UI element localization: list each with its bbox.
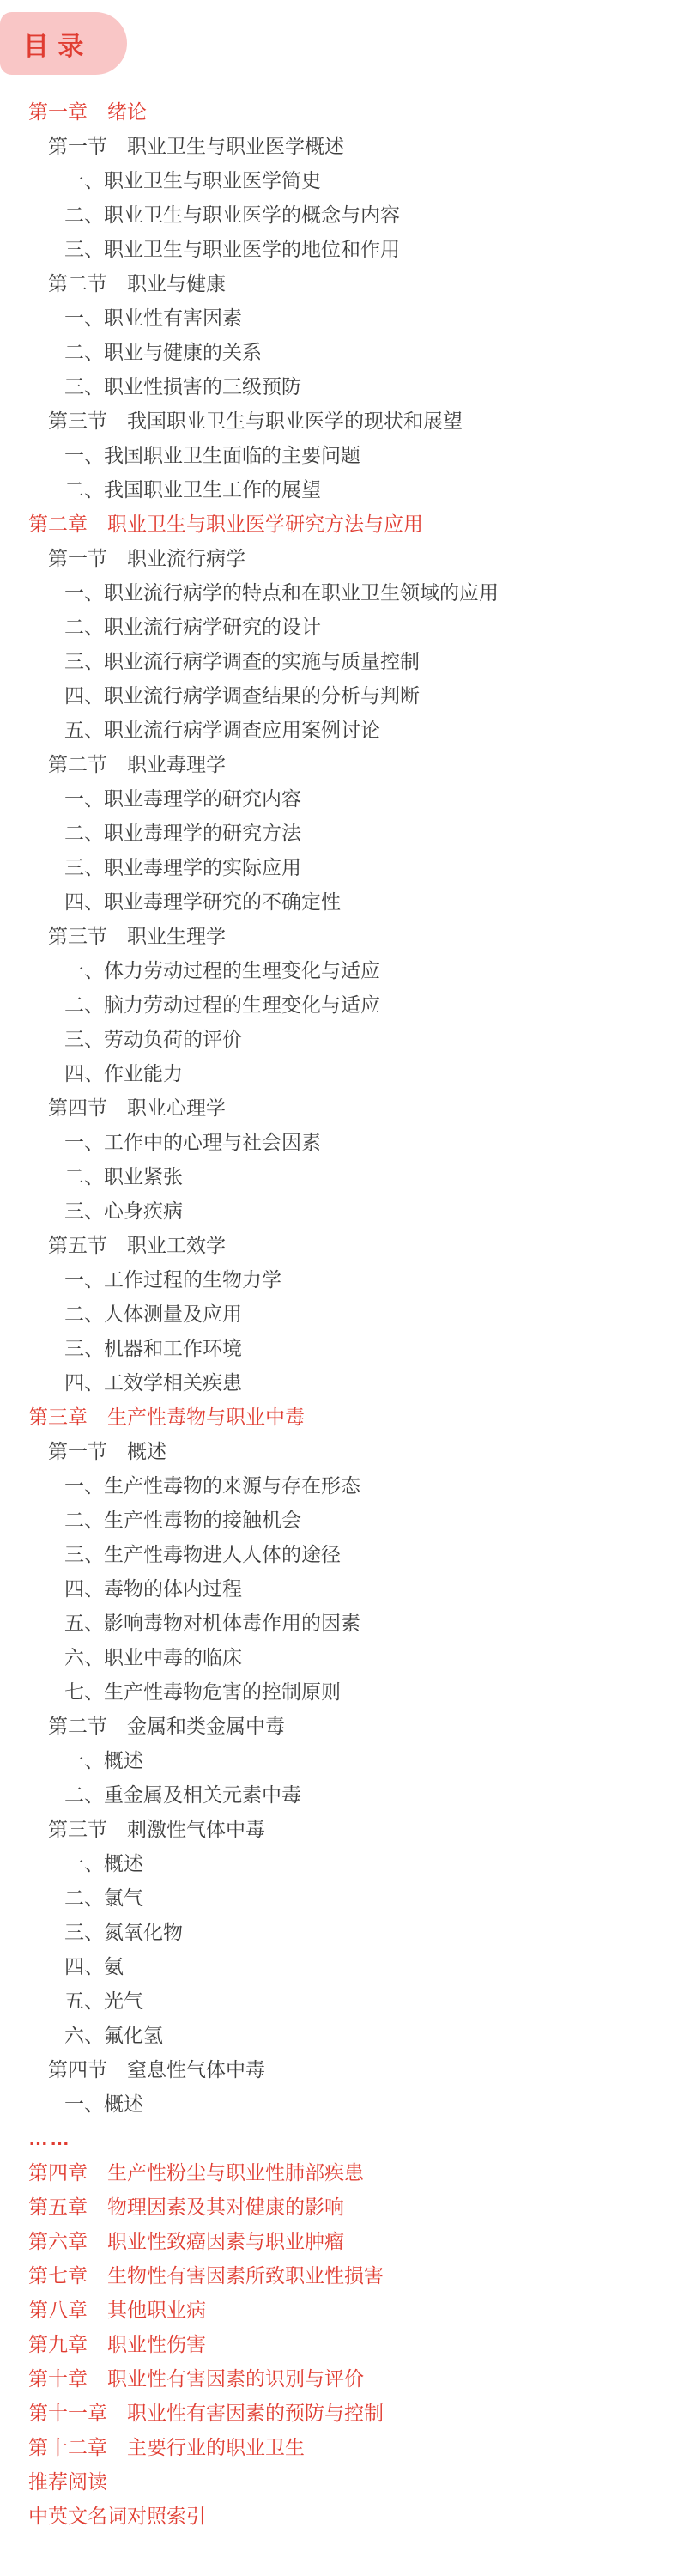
toc-section-entry: 第四节 窒息性气体中毒 [0,2052,678,2087]
toc-chapter-entry: 第三章 生产性毒物与职业中毒 [0,1400,678,1434]
toc-item-entry: 二、重金属及相关元素中毒 [0,1777,678,1812]
toc-section-entry: 第四节 职业心理学 [0,1091,678,1125]
toc-item-entry: 二、职业流行病学研究的设计 [0,610,678,644]
toc-item-entry: 一、概述 [0,2087,678,2121]
toc-item-entry: 一、工作过程的生物力学 [0,1262,678,1297]
toc-ellipsis: …… [0,2121,678,2155]
toc-backmatter-entry: 中英文名词对照索引 [0,2499,678,2533]
toc-chapter-entry: 第十章 职业性有害因素的识别与评价 [0,2361,678,2396]
toc-chapter-entry: 第九章 职业性伤害 [0,2327,678,2361]
toc-section-entry: 第三节 我国职业卫生与职业医学的现状和展望 [0,404,678,438]
toc-section-entry: 第二节 职业毒理学 [0,747,678,781]
toc-item-entry: 二、脑力劳动过程的生理变化与适应 [0,987,678,1022]
toc-item-entry: 二、职业与健康的关系 [0,335,678,369]
toc-section-entry: 第三节 职业生理学 [0,919,678,953]
toc-page: 目 录 第一章 绪论第一节 职业卫生与职业医学概述一、职业卫生与职业医学简史二、… [0,0,678,2576]
toc-item-entry: 三、职业毒理学的实际应用 [0,850,678,884]
toc-chapter-entry: 第七章 生物性有害因素所致职业性损害 [0,2258,678,2293]
toc-chapter-entry: 第五章 物理因素及其对健康的影响 [0,2190,678,2224]
toc-title: 目 录 [23,25,84,63]
toc-item-entry: 一、概述 [0,1846,678,1880]
toc-section-entry: 第二节 金属和类金属中毒 [0,1709,678,1743]
toc-item-entry: 一、职业毒理学的研究内容 [0,781,678,816]
toc-item-entry: 二、人体测量及应用 [0,1297,678,1331]
toc-item-entry: 三、劳动负荷的评价 [0,1022,678,1056]
toc-item-entry: 二、职业紧张 [0,1159,678,1194]
toc-item-entry: 二、生产性毒物的接触机会 [0,1503,678,1537]
toc-backmatter-entry: 推荐阅读 [0,2464,678,2499]
toc-item-entry: 四、氨 [0,1949,678,1984]
toc-item-entry: 六、职业中毒的临床 [0,1640,678,1674]
toc-item-entry: 三、心身疾病 [0,1194,678,1228]
toc-item-entry: 一、职业流行病学的特点和在职业卫生领域的应用 [0,575,678,610]
toc-section-entry: 第一节 职业流行病学 [0,541,678,575]
toc-item-entry: 六、氟化氢 [0,2018,678,2052]
toc-chapter-entry: 第六章 职业性致癌因素与职业肿瘤 [0,2224,678,2258]
toc-item-entry: 四、作业能力 [0,1056,678,1091]
toc-item-entry: 二、我国职业卫生工作的展望 [0,472,678,507]
toc-item-entry: 七、生产性毒物危害的控制原则 [0,1674,678,1709]
toc-chapter-entry: 第二章 职业卫生与职业医学研究方法与应用 [0,507,678,541]
toc-section-entry: 第一节 职业卫生与职业医学概述 [0,129,678,163]
toc-item-entry: 一、体力劳动过程的生理变化与适应 [0,953,678,987]
toc-item-entry: 一、职业卫生与职业医学简史 [0,163,678,197]
toc-item-entry: 一、职业性有害因素 [0,301,678,335]
toc-item-entry: 四、职业毒理学研究的不确定性 [0,884,678,919]
toc-chapter-entry: 第十二章 主要行业的职业卫生 [0,2430,678,2464]
toc-item-entry: 五、职业流行病学调查应用案例讨论 [0,713,678,747]
toc-item-entry: 二、职业毒理学的研究方法 [0,816,678,850]
toc-chapter-entry: 第八章 其他职业病 [0,2293,678,2327]
toc-title-badge: 目 录 [0,12,127,75]
toc-item-entry: 三、职业卫生与职业医学的地位和作用 [0,232,678,266]
toc-chapter-entry: 第一章 绪论 [0,94,678,129]
toc-item-entry: 三、氮氧化物 [0,1915,678,1949]
toc-section-entry: 第一节 概述 [0,1434,678,1468]
toc-item-entry: 五、光气 [0,1984,678,2018]
toc-list: 第一章 绪论第一节 职业卫生与职业医学概述一、职业卫生与职业医学简史二、职业卫生… [0,94,678,2533]
toc-item-entry: 二、氯气 [0,1880,678,1915]
toc-item-entry: 一、我国职业卫生面临的主要问题 [0,438,678,472]
toc-item-entry: 二、职业卫生与职业医学的概念与内容 [0,197,678,232]
toc-chapter-entry: 第十一章 职业性有害因素的预防与控制 [0,2396,678,2430]
toc-item-entry: 五、影响毒物对机体毒作用的因素 [0,1606,678,1640]
toc-item-entry: 三、职业流行病学调查的实施与质量控制 [0,644,678,678]
toc-section-entry: 第二节 职业与健康 [0,266,678,301]
toc-section-entry: 第三节 刺激性气体中毒 [0,1812,678,1846]
toc-section-entry: 第五节 职业工效学 [0,1228,678,1262]
toc-item-entry: 一、生产性毒物的来源与存在形态 [0,1468,678,1503]
toc-item-entry: 四、工效学相关疾患 [0,1365,678,1400]
toc-item-entry: 三、生产性毒物进人人体的途径 [0,1537,678,1571]
toc-item-entry: 一、工作中的心理与社会因素 [0,1125,678,1159]
toc-item-entry: 一、概述 [0,1743,678,1777]
toc-chapter-entry: 第四章 生产性粉尘与职业性肺部疾患 [0,2155,678,2190]
toc-item-entry: 四、职业流行病学调查结果的分析与判断 [0,678,678,713]
toc-item-entry: 三、机器和工作环境 [0,1331,678,1365]
toc-item-entry: 四、毒物的体内过程 [0,1571,678,1606]
toc-item-entry: 三、职业性损害的三级预防 [0,369,678,404]
